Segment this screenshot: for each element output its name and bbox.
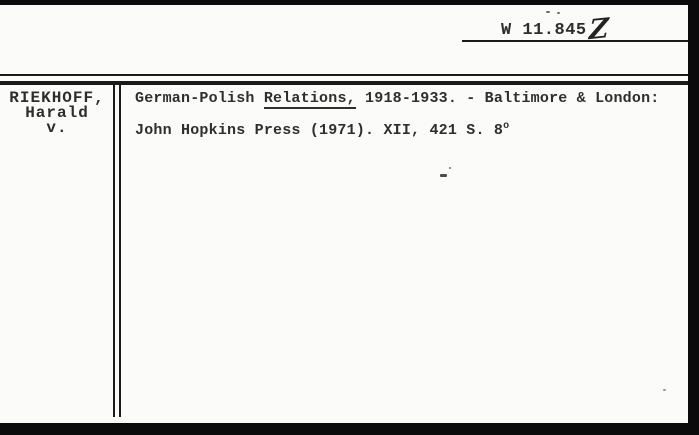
entry-format-superscript: o	[503, 121, 509, 132]
entry-line-2: John Hopkins Press (1971). XII, 421 S. 8…	[135, 118, 509, 139]
header-rule-thick	[0, 81, 688, 85]
column-divider-outer	[113, 85, 115, 417]
scan-speck	[440, 174, 447, 177]
author-column: RIEKHOFF, Harald v.	[0, 91, 114, 136]
scan-speck	[557, 12, 560, 14]
column-divider-inner	[119, 85, 121, 417]
scan-speck	[663, 389, 666, 391]
scanned-catalog-card-page: W 11.845 Z RIEKHOFF, Harald v. German-Po…	[0, 0, 699, 435]
entry-title-suffix: 1918-1933. - Baltimore & London:	[356, 90, 660, 107]
entry-imprint: John Hopkins Press (1971). XII, 421 S. 8	[135, 122, 503, 139]
scan-speck	[449, 167, 451, 169]
entry-title-underlined: Relations,	[264, 90, 356, 109]
call-number-underline	[462, 40, 688, 42]
entry-line-1: German-Polish Relations, 1918-1933. - Ba…	[135, 90, 660, 107]
author-particle: v.	[0, 121, 114, 136]
header-rule-thin	[0, 74, 688, 76]
entry-title-prefix: German-Polish	[135, 90, 264, 107]
scan-speck	[546, 11, 550, 13]
catalog-card: W 11.845 Z RIEKHOFF, Harald v. German-Po…	[0, 5, 688, 423]
call-number: W 11.845	[501, 22, 587, 39]
